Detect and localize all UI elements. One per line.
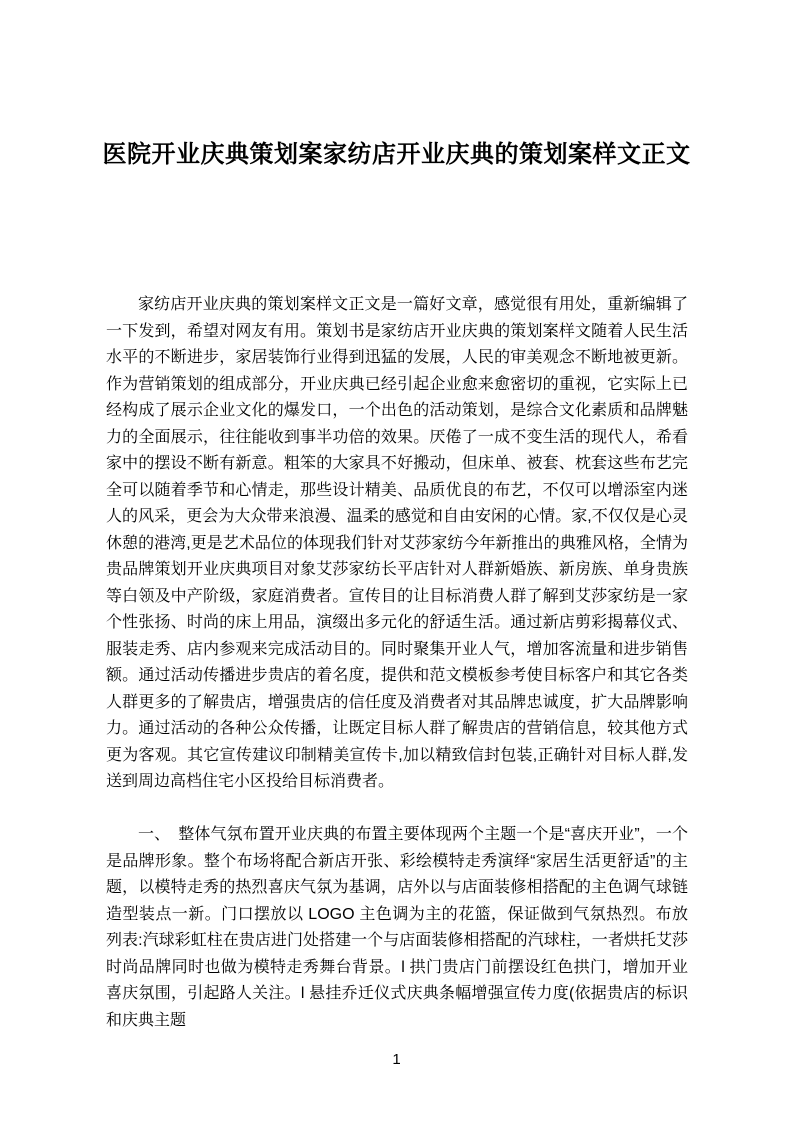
paragraph-section-one: 一、 整体气氛布置开业庆典的布置主要体现两个主题一个是“喜庆开业”，一个是品牌形… bbox=[106, 822, 688, 1034]
document-page: 医院开业庆典策划案家纺店开业庆典的策划案样文正文 家纺店开业庆典的策划案样文正文… bbox=[0, 0, 793, 1122]
document-body: 家纺店开业庆典的策划案样文正文是一篇好文章，感觉很有用处，重新编辑了一下发到，希… bbox=[106, 292, 688, 1034]
paragraph-intro: 家纺店开业庆典的策划案样文正文是一篇好文章，感觉很有用处，重新编辑了一下发到，希… bbox=[106, 292, 688, 796]
page-number: 1 bbox=[0, 1051, 793, 1068]
document-title: 医院开业庆典策划案家纺店开业庆典的策划案样文正文 bbox=[100, 0, 693, 171]
